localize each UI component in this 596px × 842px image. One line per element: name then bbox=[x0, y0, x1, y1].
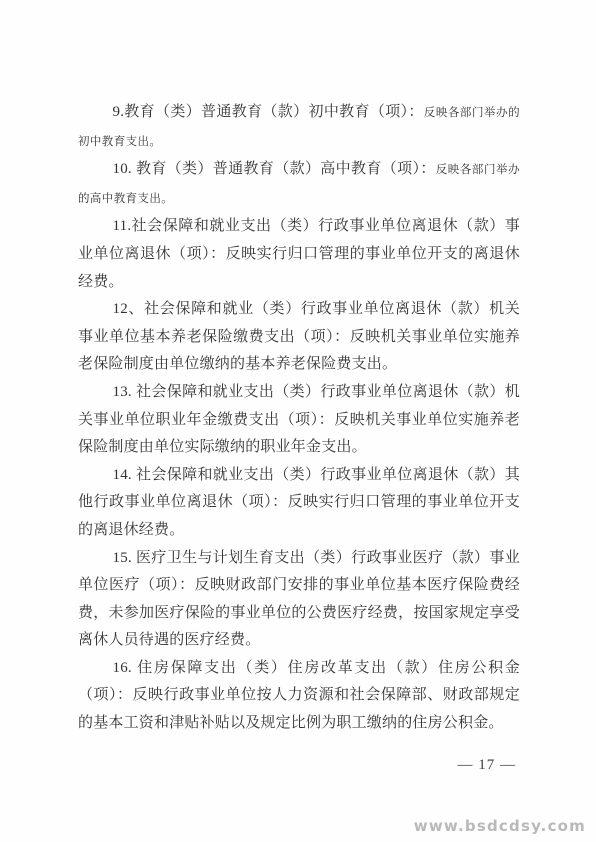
list-item-14: 14. 社会保障和就业支出（类）行政事业单位离退休（款）其他行政事业单位离退休（… bbox=[78, 462, 520, 545]
list-item-10: 10. 教育（类）普通教育（款）高中教育（项）：反映各部门举办的高中教育支出。 bbox=[78, 156, 520, 213]
list-item-9: 9.教育（类）普通教育（款）初中教育（项）：反映各部门举办的初中教育支出。 bbox=[78, 99, 520, 156]
list-item-11: 11.社会保障和就业支出（类）行政事业单位离退休（款）事业单位离退休（项）：反映… bbox=[78, 213, 520, 296]
list-item-12: 12、社会保障和就业（类）行政事业单位离退休（款）机关事业单位基本养老保险缴费支… bbox=[78, 296, 520, 379]
list-item-16: 16. 住房保障支出（类）住房改革支出（款）住房公积金（项）：反映行政事业单位按… bbox=[78, 655, 520, 738]
item-heading: 9.教育（类）普通教育（款）初中教育（项）： bbox=[113, 104, 424, 120]
list-item-15: 15. 医疗卫生与计划生育支出（类）行政事业医疗（款）事业单位医疗（项）：反映财… bbox=[78, 545, 520, 655]
document-page: 9.教育（类）普通教育（款）初中教育（项）：反映各部门举办的初中教育支出。 10… bbox=[0, 0, 596, 842]
page-number: — 17 — bbox=[458, 757, 517, 774]
item-heading: 10. 教育（类）普通教育（款）高中教育（项）： bbox=[113, 161, 436, 177]
list-item-13: 13. 社会保障和就业支出（类）行政事业单位离退休（款）机关事业单位职业年金缴费… bbox=[78, 379, 520, 462]
watermark: www.bsdcdsy.com bbox=[414, 817, 586, 835]
item-description: 反映行政事业单位按人力资源和社会保障部、财政部规定的基本工资和津贴补贴以及规定比… bbox=[78, 687, 520, 731]
document-body: 9.教育（类）普通教育（款）初中教育（项）：反映各部门举办的初中教育支出。 10… bbox=[78, 99, 520, 738]
